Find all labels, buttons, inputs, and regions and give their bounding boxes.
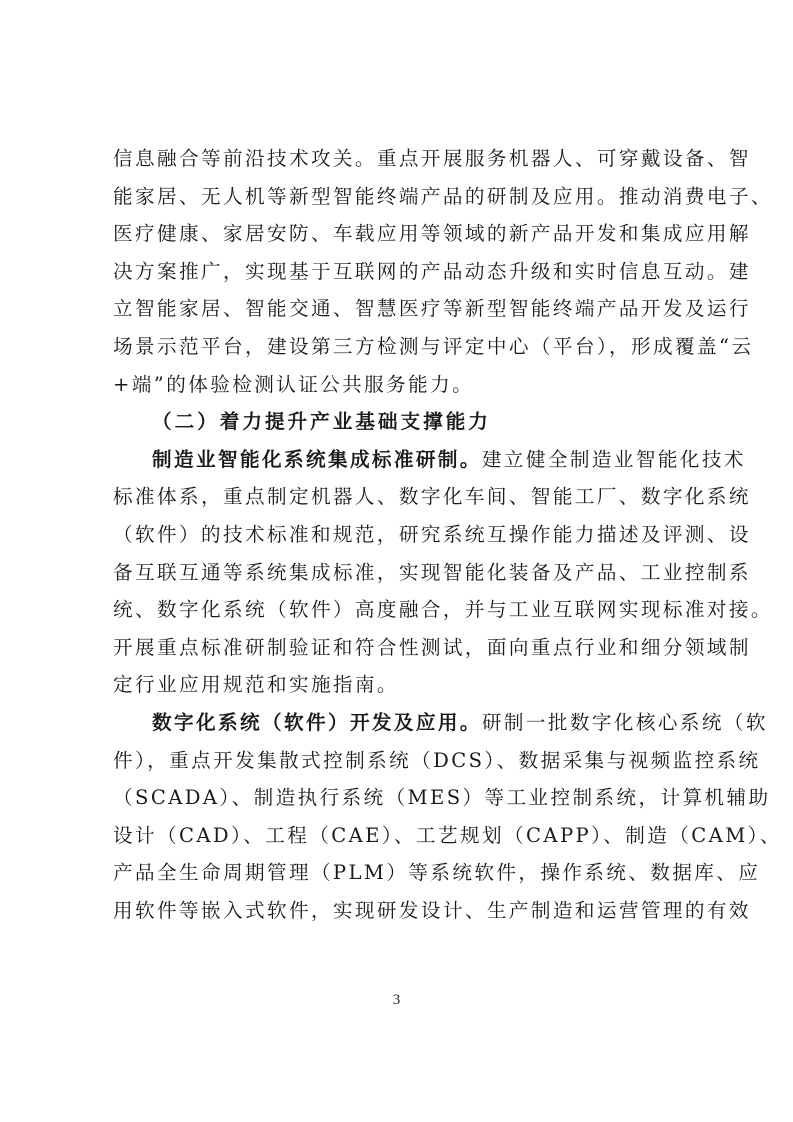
paragraph-line: （SCADA）、制造执行系统（MES）等工业控制系统，计算机辅助 [113, 779, 685, 817]
paragraph-first-line: 制造业智能化系统集成标准研制。建立健全制造业智能化技术 [113, 441, 685, 479]
paragraph-line: 医疗健康、家居安防、车载应用等领域的新产品开发和集成应用解 [113, 215, 685, 253]
paragraph-line: 立智能家居、智能交通、智慧医疗等新型智能终端产品开发及运行 [113, 290, 685, 328]
paragraph-line: +端”的体验检测认证公共服务能力。 [113, 366, 685, 404]
paragraph-line: 决方案推广，实现基于互联网的产品动态升级和实时信息互动。建 [113, 253, 685, 291]
paragraph-line: 信息融合等前沿技术攻关。重点开展服务机器人、可穿戴设备、智 [113, 140, 685, 178]
paragraph-line: （软件）的技术标准和规范，研究系统互操作能力描述及评测、设 [113, 516, 685, 554]
paragraph-line: 定行业应用规范和实施指南。 [113, 666, 685, 704]
paragraph-line: 用软件等嵌入式软件，实现研发设计、生产制造和运营管理的有效 [113, 892, 685, 930]
paragraph-text: 研制一批数字化核心系统（软 [482, 711, 768, 734]
paragraph-line: 产品全生命周期管理（PLM）等系统软件，操作系统、数据库、应 [113, 854, 685, 892]
document-body: 信息融合等前沿技术攻关。重点开展服务机器人、可穿戴设备、智 能家居、无人机等新型… [113, 140, 685, 929]
page-number: 3 [0, 992, 793, 1009]
document-page: 信息融合等前沿技术攻关。重点开展服务机器人、可穿戴设备、智 能家居、无人机等新型… [0, 0, 793, 1122]
paragraph-lead-title: 数字化系统（软件）开发及应用。 [152, 711, 482, 734]
paragraph-line: 设计（CAD）、工程（CAE）、工艺规划（CAPP）、制造（CAM）、 [113, 817, 685, 855]
paragraph-line: 统、数字化系统（软件）高度融合，并与工业互联网实现标准对接。 [113, 591, 685, 629]
paragraph-line: 件），重点开发集散式控制系统（DCS）、数据采集与视频监控系统 [113, 742, 685, 780]
section-heading: （二）着力提升产业基础支撑能力 [113, 403, 685, 441]
paragraph-first-line: 数字化系统（软件）开发及应用。研制一批数字化核心系统（软 [113, 704, 685, 742]
paragraph-line: 能家居、无人机等新型智能终端产品的研制及应用。推动消费电子、 [113, 178, 685, 216]
paragraph-line: 场景示范平台，建设第三方检测与评定中心（平台），形成覆盖“云 [113, 328, 685, 366]
paragraph-lead-title: 制造业智能化系统集成标准研制。 [152, 448, 482, 471]
paragraph-line: 标准体系，重点制定机器人、数字化车间、智能工厂、数字化系统 [113, 478, 685, 516]
paragraph-line: 备互联互通等系统集成标准，实现智能化装备及产品、工业控制系 [113, 554, 685, 592]
paragraph-text: 建立健全制造业智能化技术 [482, 448, 746, 471]
paragraph-line: 开展重点标准研制验证和符合性测试，面向重点行业和细分领域制 [113, 629, 685, 667]
